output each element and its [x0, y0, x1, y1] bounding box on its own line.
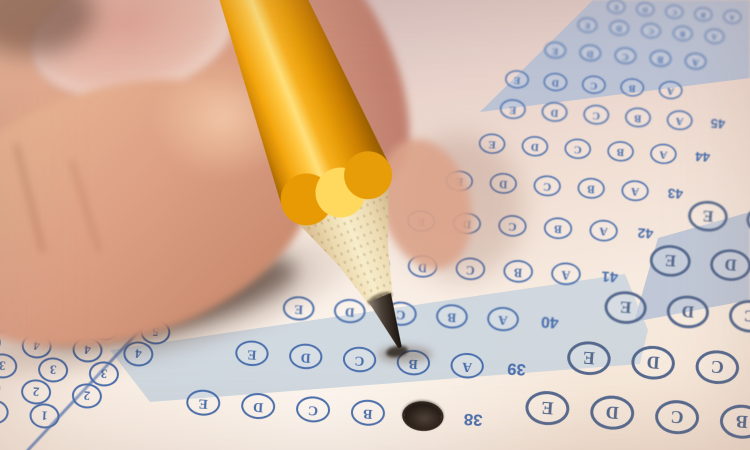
photo-answer-sheet-scene: Close-up photograph of a hand holding a …	[0, 0, 750, 450]
